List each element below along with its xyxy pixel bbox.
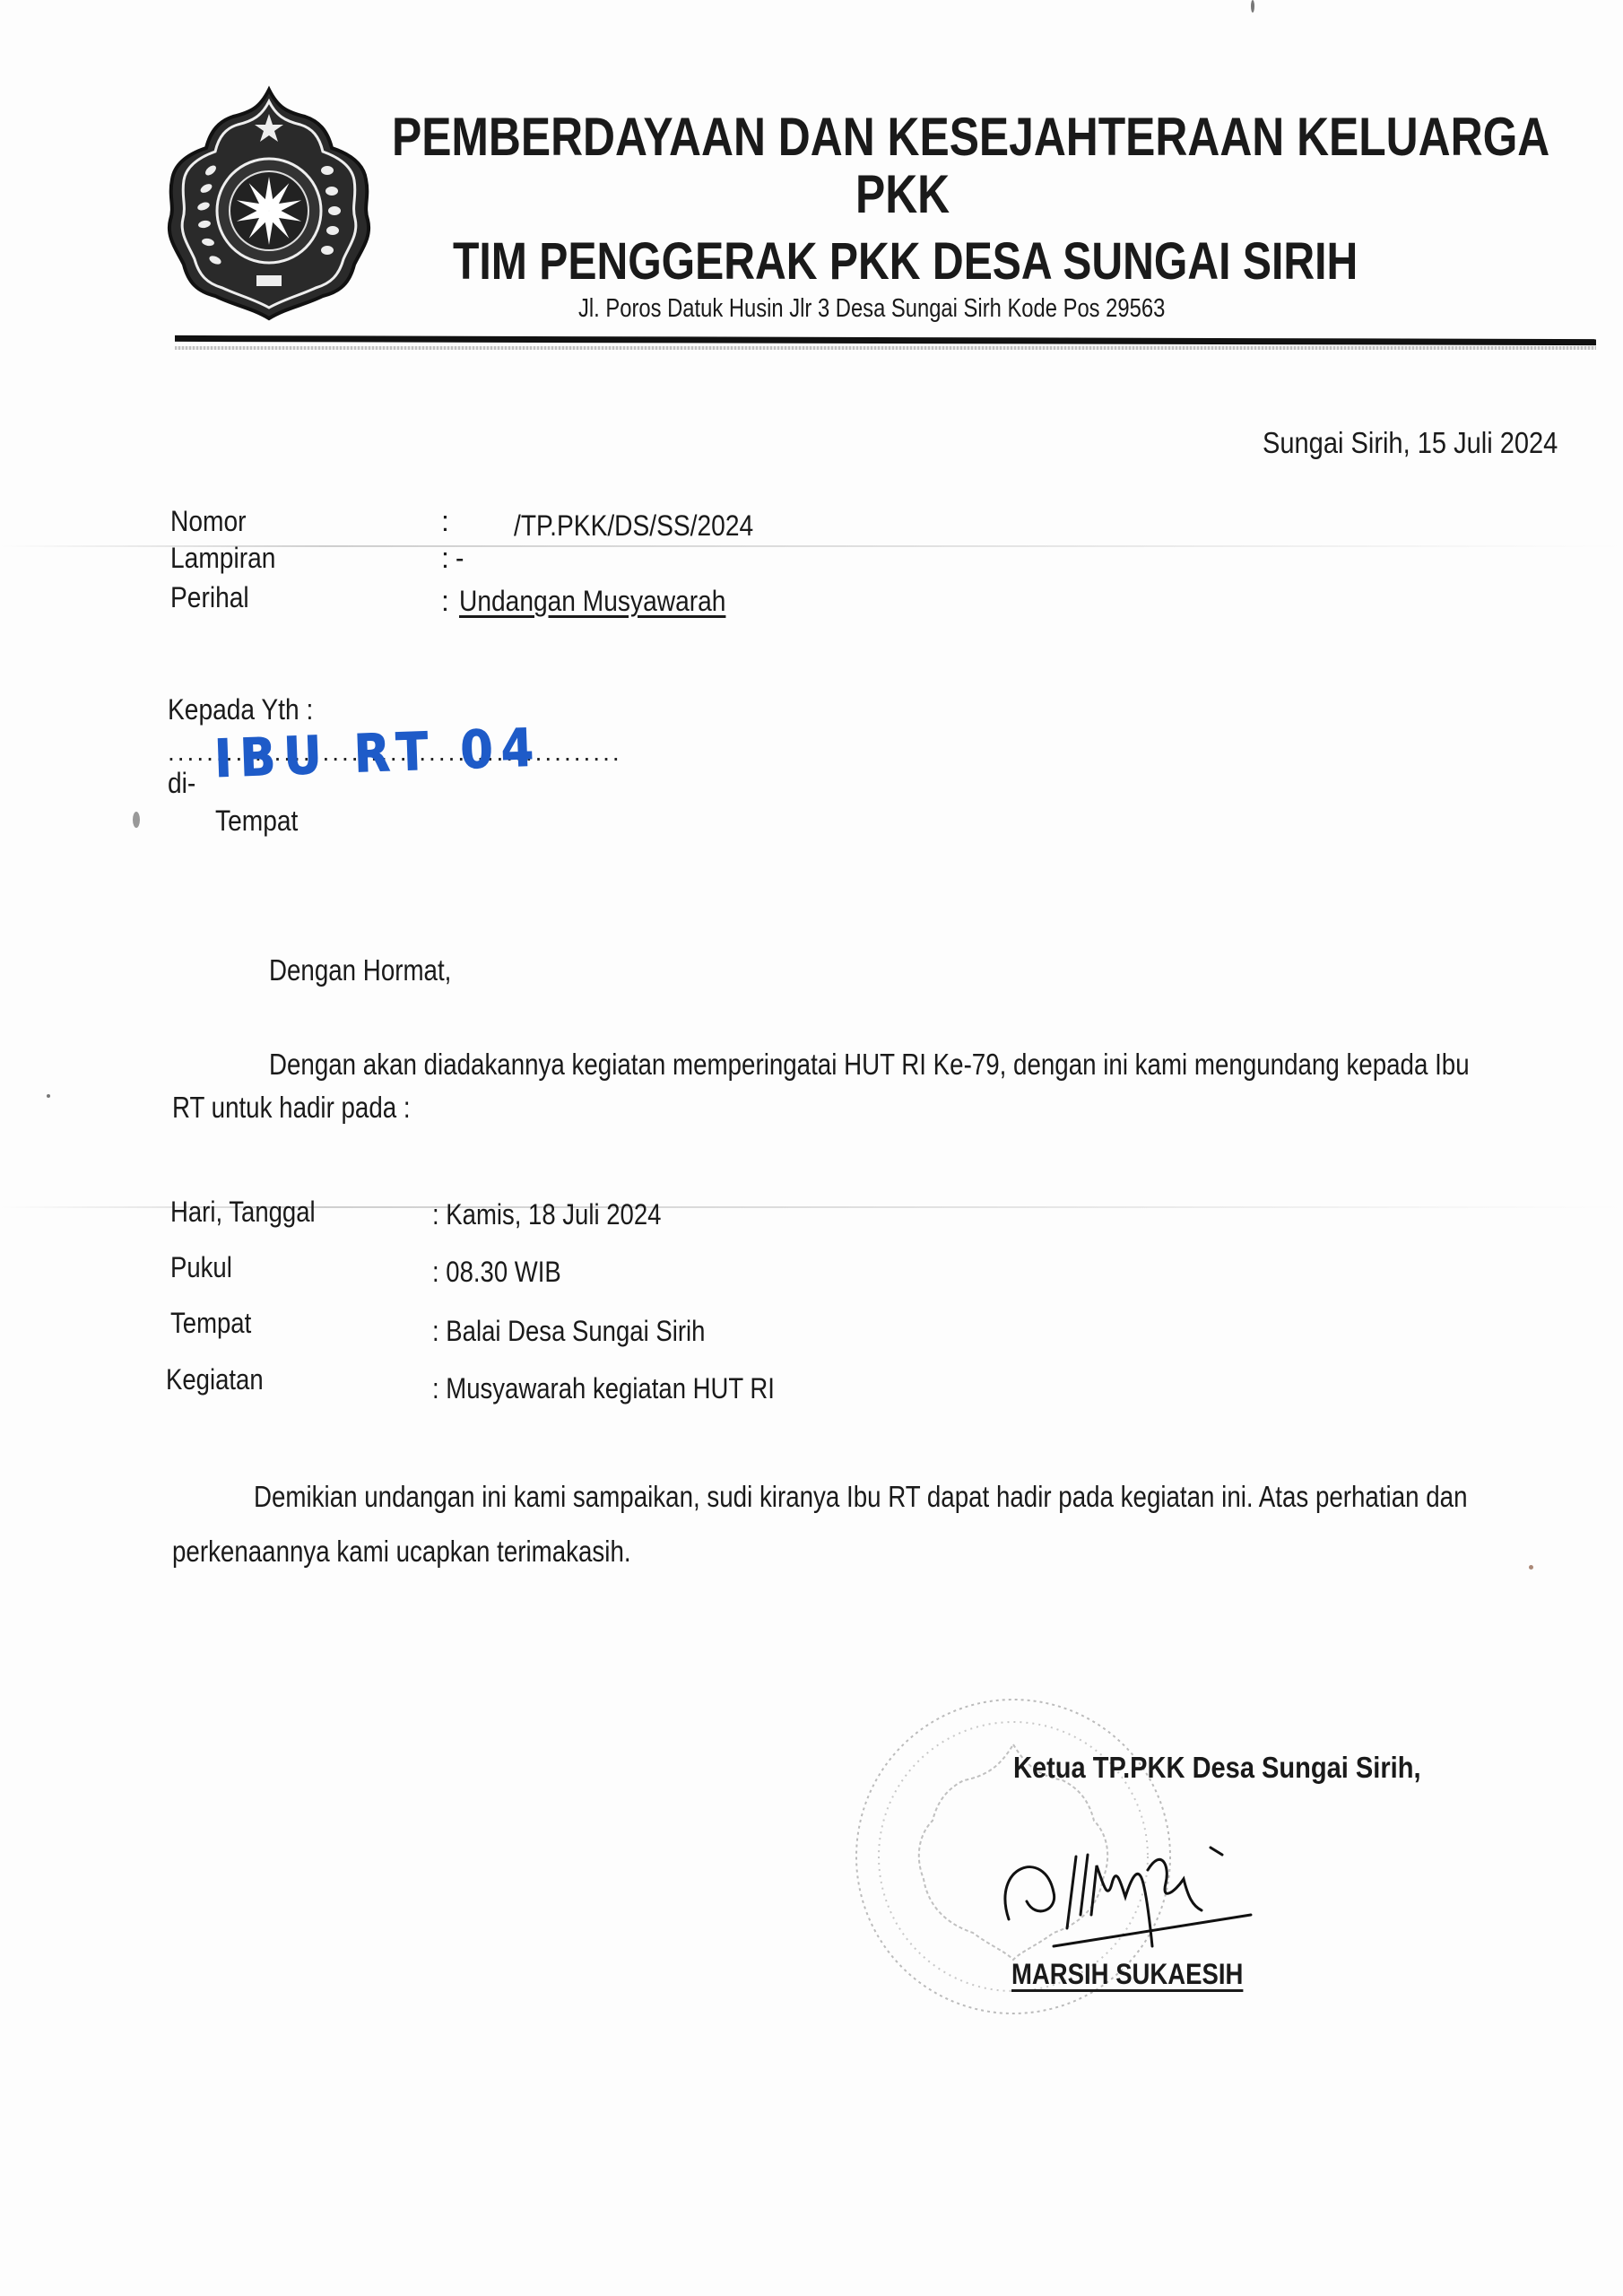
signature-icon — [991, 1830, 1287, 1955]
letterhead-divider — [175, 335, 1596, 345]
letterhead-title: PEMBERDAYAAN DAN KESEJAHTERAAN KELUARGA — [392, 106, 1549, 168]
meta-value-perihal: Undangan Musyawarah — [459, 585, 725, 618]
detail-value-time: : 08.30 WIB — [432, 1256, 561, 1289]
pkk-emblem-icon — [161, 85, 377, 323]
meta-colon: : — [441, 542, 449, 575]
meta-label-nomor: Nomor — [170, 505, 246, 538]
detail-label-time: Pukul — [170, 1251, 232, 1284]
recipient-place: Tempat — [215, 804, 298, 838]
meta-colon: : — [441, 585, 449, 618]
signatory-name: MARSIH SUKAESIH — [1011, 1958, 1243, 1991]
detail-value-place: : Balai Desa Sungai Sirih — [432, 1315, 705, 1348]
meta-colon: : — [441, 505, 449, 538]
closing-line-2: perkenaannya kami ucapkan terimakasih. — [172, 1535, 631, 1569]
scan-speck — [47, 1094, 50, 1098]
intro-line-1: Dengan akan diadakannya kegiatan memperi… — [269, 1048, 1470, 1082]
letterhead-organization: TIM PENGGERAK PKK DESA SUNGAI SIRIH — [453, 231, 1358, 291]
meta-value-lampiran: - — [456, 542, 464, 575]
scan-speck — [1529, 1565, 1533, 1570]
meta-label-lampiran: Lampiran — [170, 542, 275, 575]
detail-value-activity: : Musyawarah kegiatan HUT RI — [432, 1372, 775, 1405]
place-date: Sungai Sirih, 15 Juli 2024 — [1263, 426, 1558, 460]
detail-label-date: Hari, Tanggal — [170, 1196, 316, 1229]
detail-value-date: : Kamis, 18 Juli 2024 — [432, 1198, 661, 1231]
closing-line-1: Demikian undangan ini kami sampaikan, su… — [254, 1480, 1467, 1514]
meta-value-nomor: /TP.PKK/DS/SS/2024 — [514, 509, 753, 543]
detail-label-place: Tempat — [170, 1307, 251, 1340]
intro-line-2: RT untuk hadir pada : — [172, 1091, 411, 1125]
scan-speck — [1251, 0, 1254, 13]
signatory-title: Ketua TP.PKK Desa Sungai Sirih, — [1013, 1751, 1421, 1785]
meta-label-perihal: Perihal — [170, 581, 249, 614]
letterhead-divider-shadow — [175, 346, 1596, 350]
salutation: Dengan Hormat, — [269, 953, 451, 987]
recipient-handwritten-name: IBU RT 04 — [213, 717, 542, 789]
detail-label-activity: Kegiatan — [166, 1363, 264, 1396]
recipient-di: di- — [168, 767, 195, 800]
scan-speck — [133, 812, 140, 828]
recipient-heading: Kepada Yth : — [168, 693, 313, 726]
letterhead-address: Jl. Poros Datuk Husin Jlr 3 Desa Sungai … — [578, 294, 1165, 324]
letterhead-abbreviation: PKK — [855, 163, 950, 225]
